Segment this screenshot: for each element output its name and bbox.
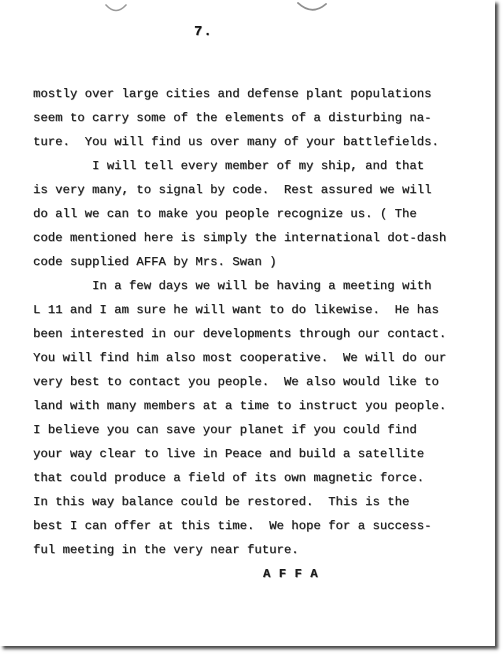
page-number: 7. (194, 24, 213, 40)
typed-line: best I can offer at this time. We hope f… (33, 514, 446, 538)
typed-line: your way clear to live in Peace and buil… (33, 442, 446, 466)
typed-line: I will tell every member of my ship, and… (33, 154, 446, 178)
typed-line: do all we can to make you people recogni… (33, 202, 446, 226)
scanned-page: 7. mostly over large cities and defense … (0, 0, 495, 646)
typed-line: very best to contact you people. We also… (33, 370, 446, 394)
typed-line: mostly over large cities and defense pla… (33, 82, 446, 106)
typed-line: seem to carry some of the elements of a … (33, 106, 446, 130)
signature: A F F A (263, 562, 446, 586)
typed-line: code mentioned here is simply the intern… (33, 226, 446, 250)
typed-line: I believe you can save your planet if yo… (33, 418, 446, 442)
typed-line: been interested in our developments thro… (33, 322, 446, 346)
staple-curve-mark-left (105, 2, 127, 15)
typed-line: land with many members at a time to inst… (33, 394, 446, 418)
typed-line: You will find him also most cooperative.… (33, 346, 446, 370)
staple-curve-mark-right (297, 0, 327, 15)
typed-line: L 11 and I am sure he will want to do li… (33, 298, 446, 322)
typed-line: In this way balance could be restored. T… (33, 490, 446, 514)
typed-line: In a few days we will be having a meetin… (33, 274, 446, 298)
typed-line: ture. You will find us over many of your… (33, 130, 446, 154)
typed-line: ful meeting in the very near future. (33, 538, 446, 562)
typed-text-block: mostly over large cities and defense pla… (33, 82, 446, 586)
typed-line: code supplied AFFA by Mrs. Swan ) (33, 250, 446, 274)
typed-line: is very many, to signal by code. Rest as… (33, 178, 446, 202)
typed-line: that could produce a field of its own ma… (33, 466, 446, 490)
